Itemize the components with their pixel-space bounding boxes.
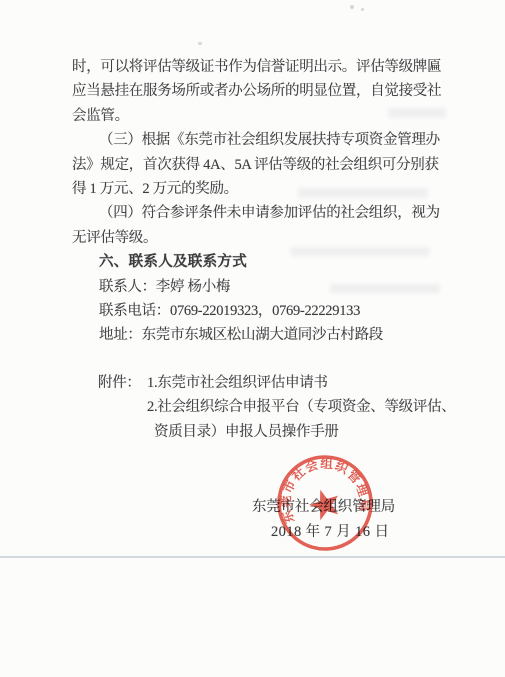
- body-line: 会监管。: [72, 104, 442, 128]
- scan-artifact-speck: [350, 5, 354, 9]
- attachment-item-2-line-2: 资质目录）申报人员操作手册: [98, 420, 455, 444]
- document-body: 时，可以将评估等级证书作为信誉证明出示。评估等级牌匾 应当悬挂在服务场所或者办公…: [72, 55, 442, 348]
- body-line: 应当悬挂在服务场所或者办公场所的明显位置，自觉接受社: [72, 79, 442, 103]
- attachments-section: 附件：1.东莞市社会组织评估申请书 2.社会组织综合申报平台（专项资金、等级评估…: [98, 371, 455, 444]
- attachments-label: 附件：: [98, 371, 147, 395]
- body-line: 时，可以将评估等级证书作为信誉证明出示。评估等级牌匾: [72, 55, 442, 79]
- official-seal: 东莞市社会组织管理局: [257, 435, 393, 571]
- contact-phone-line: 联系电话：0769-22019323，0769-22229133: [72, 299, 442, 323]
- body-line-paragraph-4: （四）符合参评条件未申请参加评估的社会组织，视为: [72, 201, 442, 225]
- contact-address-line: 地址：东莞市东城区松山湖大道同沙古村路段: [72, 323, 442, 347]
- body-line-paragraph-3: （三）根据《东莞市社会组织发展扶持专项资金管理办: [72, 128, 442, 152]
- contact-section-heading: 六、联系人及联系方式: [72, 250, 442, 274]
- scan-artifact-line: [0, 556, 505, 558]
- body-line: 得 1 万元、2 万元的奖励。: [72, 177, 442, 201]
- body-line: 法》规定，首次获得 4A、5A 评估等级的社会组织可分别获: [72, 153, 442, 177]
- contact-person-line: 联系人：李婷 杨小梅: [72, 275, 442, 299]
- attachment-item-1: 1.东莞市社会组织评估申请书: [147, 375, 328, 391]
- scan-artifact-speck: [361, 8, 364, 11]
- attachment-item-2-line-1: 2.社会组织综合申报平台（专项资金、等级评估、: [98, 395, 455, 419]
- scanned-document-page: 时，可以将评估等级证书作为信誉证明出示。评估等级牌匾 应当悬挂在服务场所或者办公…: [0, 0, 505, 677]
- attachment-row-1: 附件：1.东莞市社会组织评估申请书: [98, 371, 455, 395]
- seal-star-icon: [306, 485, 344, 522]
- body-line: 无评估等级。: [72, 226, 442, 250]
- scan-artifact-speck: [198, 42, 202, 45]
